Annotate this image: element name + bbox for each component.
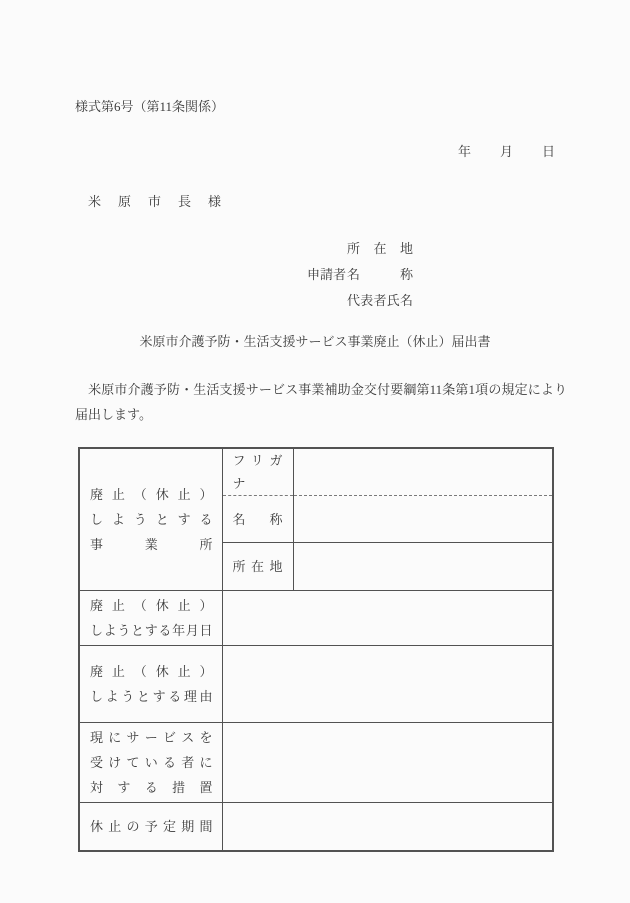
current-users-measures-label: 現にサービスを 受けている者に 対する措置 [79, 723, 222, 803]
office-group-label: 廃止（休止） しようとする 事業所 [79, 448, 222, 591]
document-page: 様式第6号（第11条関係） 年 月 日 米 原 市 長 様 所在地 申請者名称 … [0, 0, 630, 903]
suspension-period-value-cell [222, 803, 553, 851]
applicant-label: 申請者 [307, 262, 347, 288]
abolition-date-value-cell [222, 591, 553, 646]
applicant-block: 所在地 申請者名称 代表者氏名 [307, 236, 413, 314]
applicant-representative-line: 代表者氏名 [307, 288, 413, 314]
applicant-representative-label: 代表者氏名 [347, 288, 413, 314]
applicant-location-label: 所在地 [347, 236, 413, 262]
abolition-reason-label: 廃止（休止） しようとする理由 [79, 646, 222, 723]
furigana-value-cell [293, 448, 553, 496]
table-row-abolition-reason: 廃止（休止） しようとする理由 [79, 646, 553, 723]
table-row-office-furigana: 廃止（休止） しようとする 事業所 フリガナ [79, 448, 553, 496]
suspension-period-label: 休止の予定期間 [79, 803, 222, 851]
current-users-measures-value-cell [222, 723, 553, 803]
location-label: 所在地 [222, 543, 293, 591]
addressee-line: 米 原 市 長 様 [88, 191, 223, 210]
applicant-name-label: 名称 [347, 262, 413, 288]
name-value-cell [293, 496, 553, 543]
name-label: 名称 [222, 496, 293, 543]
table-row-current-users-measures: 現にサービスを 受けている者に 対する措置 [79, 723, 553, 803]
table-row-suspension-period: 休止の予定期間 [79, 803, 553, 851]
location-value-cell [293, 543, 553, 591]
form-number: 様式第6号（第11条関係） [75, 96, 224, 115]
date-line: 年 月 日 [458, 141, 556, 160]
document-title: 米原市介護予防・生活支援サービス事業廃止（休止）届出書 [0, 331, 630, 350]
table-row-abolition-date: 廃止（休止） しようとする年月日 [79, 591, 553, 646]
applicant-name-line: 申請者名称 [307, 262, 413, 288]
form-table: 廃止（休止） しようとする 事業所 フリガナ 名称 所在地 廃止（休止） しよう… [78, 447, 554, 852]
furigana-label: フリガナ [222, 448, 293, 496]
body-paragraph: 米原市介護予防・生活支援サービス事業補助金交付要綱第11条第1項の規定により届出… [75, 377, 567, 427]
abolition-reason-value-cell [222, 646, 553, 723]
applicant-location-line: 所在地 [307, 236, 413, 262]
abolition-date-label: 廃止（休止） しようとする年月日 [79, 591, 222, 646]
